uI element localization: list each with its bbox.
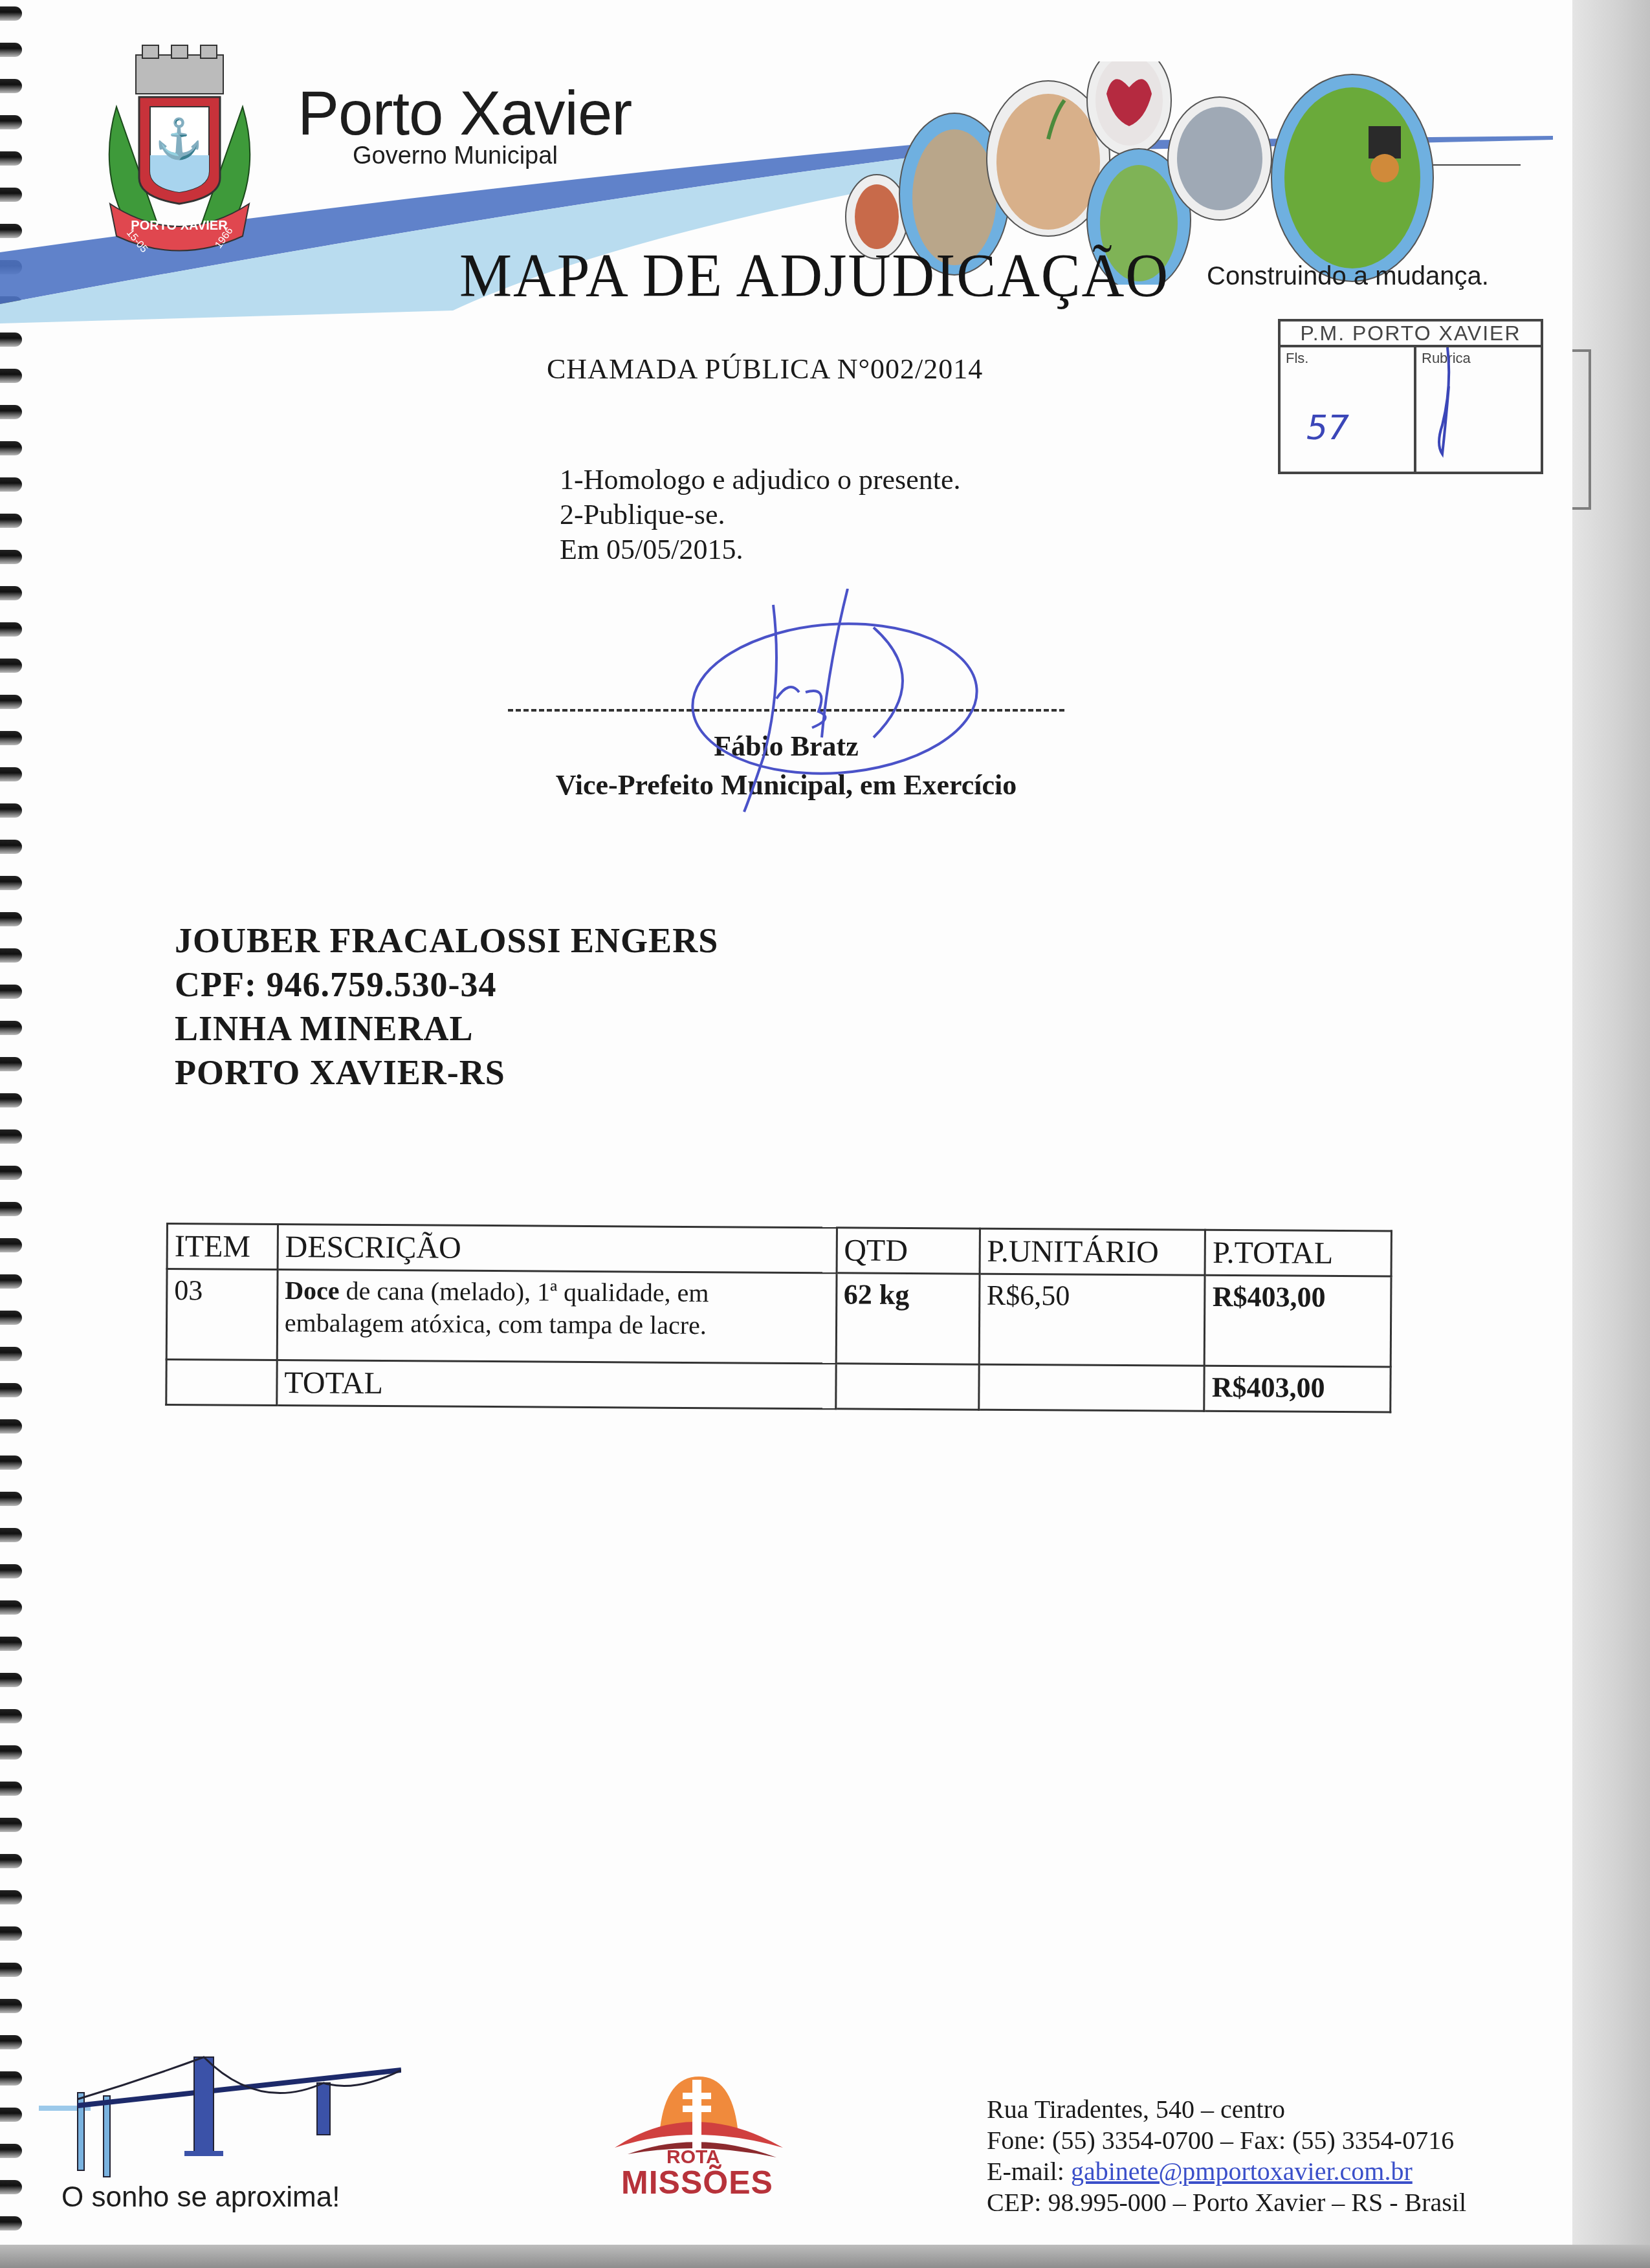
spiral-ring: [0, 1383, 22, 1397]
stamp-heading: P.M. PORTO XAVIER: [1281, 322, 1541, 347]
spiral-ring: [0, 1311, 22, 1325]
spiral-ring: [0, 1926, 22, 1941]
spiral-ring: [0, 622, 22, 637]
spiral-ring: [0, 477, 22, 492]
cell-total-price: R$403,00: [1205, 1275, 1391, 1367]
col-item: ITEM: [167, 1224, 278, 1270]
spiral-ring: [0, 2035, 22, 2049]
page-bottom-shadow: [0, 2245, 1650, 2268]
spiral-ring: [0, 1564, 22, 1578]
adjudication-table: ITEM DESCRIÇÃO QTD P.UNITÁRIO P.TOTAL 03…: [165, 1223, 1392, 1413]
total-value: R$403,00: [1204, 1366, 1391, 1412]
approval-line: Em 05/05/2015.: [560, 532, 961, 567]
handwritten-signature-icon: [660, 589, 984, 822]
spiral-ring: [0, 912, 22, 926]
spiral-ring: [0, 405, 22, 419]
svg-text:⚓: ⚓: [155, 116, 204, 161]
col-total-price: P.TOTAL: [1205, 1230, 1391, 1276]
brand-title: Porto Xavier: [298, 83, 632, 145]
spiral-ring: [0, 1093, 22, 1107]
email-label: E-mail:: [987, 2157, 1071, 2186]
description-rest: de cana (melado), 1ª qualidade, em embal…: [285, 1276, 709, 1340]
supplier-block: JOUBER FRACALOSSI ENGERS CPF: 946.759.53…: [175, 919, 718, 1095]
supplier-locality: LINHA MINERAL: [175, 1007, 718, 1051]
col-description: DESCRIÇÃO: [278, 1225, 837, 1273]
table-total-row: TOTAL R$403,00: [166, 1360, 1391, 1413]
spiral-ring: [0, 1274, 22, 1289]
cell-item: 03: [166, 1269, 278, 1360]
rubric-initial-icon: [1423, 347, 1475, 464]
tagline: Construindo a mudança.: [1207, 262, 1489, 291]
spiral-ring: [0, 1528, 22, 1542]
spiral-ring: [0, 1600, 22, 1615]
spiral-ring: [0, 1202, 22, 1216]
spiral-ring: [0, 2216, 22, 2230]
photo-hands-icon: [855, 184, 899, 249]
page-stamp: P.M. PORTO XAVIER Fls. 57 Rubrica: [1278, 319, 1543, 474]
spiral-ring: [0, 2071, 22, 2086]
col-unit-price: P.UNITÁRIO: [980, 1228, 1205, 1275]
missoes-label: MISSÕES: [621, 2164, 773, 2201]
municipal-crest-icon: ⚓ PORTO XAVIER 15-05 1966: [91, 42, 269, 262]
photo-ferry-icon: [1177, 107, 1262, 210]
crest-ribbon-text: PORTO XAVIER: [131, 219, 228, 233]
total-label: TOTAL: [277, 1360, 836, 1409]
stamp-folio-label: Fls.: [1286, 350, 1308, 366]
spiral-ring: [0, 1347, 22, 1361]
spiral-ring: [0, 985, 22, 999]
supplier-city: PORTO XAVIER-RS: [175, 1051, 718, 1095]
spiral-ring: [0, 1963, 22, 1977]
contact-address: Rua Tiradentes, 540 – centro Fone: (55) …: [987, 2094, 1466, 2218]
spiral-ring: [0, 2144, 22, 2158]
spiral-ring: [0, 803, 22, 818]
approval-line: 1-Homologo e adjudico o presente.: [560, 463, 961, 497]
cep-line: CEP: 98.995-000 – Porto Xavier – RS - Br…: [987, 2187, 1466, 2218]
spiral-ring: [0, 586, 22, 600]
spiral-ring: [0, 1238, 22, 1252]
spiral-ring: [0, 550, 22, 564]
underlying-page-edge: [1569, 0, 1650, 2268]
underlying-page-stamp: [1572, 349, 1591, 510]
spiral-ring: [0, 1166, 22, 1180]
spiral-ring: [0, 731, 22, 745]
spiral-ring: [0, 1999, 22, 2013]
spiral-ring: [0, 1492, 22, 1506]
spiral-ring: [0, 1745, 22, 1760]
spiral-ring: [0, 369, 22, 383]
address-line: Rua Tiradentes, 540 – centro: [987, 2094, 1466, 2125]
cell-empty: [978, 1364, 1204, 1411]
spiral-ring: [0, 1637, 22, 1651]
spiral-ring: [0, 43, 22, 57]
col-quantity: QTD: [837, 1228, 980, 1274]
stamp-folio-cell: Fls. 57: [1281, 347, 1416, 472]
photo-tractor-field-icon: [1284, 87, 1420, 268]
supplier-cpf: CPF: 946.759.530-34: [175, 963, 718, 1007]
spiral-ring: [0, 948, 22, 963]
spiral-ring: [0, 1456, 22, 1470]
spiral-ring: [0, 1854, 22, 1868]
cell-quantity: 62 kg: [836, 1273, 980, 1364]
spiral-ring: [0, 840, 22, 854]
brand-subtitle: Governo Municipal: [353, 144, 558, 168]
approval-line: 2-Publique-se.: [560, 497, 961, 532]
spiral-ring: [0, 1057, 22, 1071]
spiral-ring: [0, 333, 22, 347]
email-line: E-mail: gabinete@pmportoxavier.com.br: [987, 2156, 1466, 2187]
spiral-ring: [0, 441, 22, 455]
spiral-ring: [0, 876, 22, 890]
spiral-ring: [0, 1890, 22, 1904]
spiral-ring: [0, 2108, 22, 2122]
spiral-ring: [0, 2180, 22, 2194]
photo-seedling-icon: [996, 94, 1100, 230]
spiral-ring: [0, 695, 22, 709]
cell-description: Doce de cana (melado), 1ª qualidade, em …: [277, 1270, 836, 1364]
spiral-ring: [0, 79, 22, 93]
table-header-row: ITEM DESCRIÇÃO QTD P.UNITÁRIO P.TOTAL: [167, 1224, 1391, 1277]
spiral-ring: [0, 514, 22, 528]
document-title: MAPA DE ADJUDICAÇÃO: [459, 245, 1169, 307]
spiral-ring: [0, 6, 22, 21]
spiral-ring: [0, 1709, 22, 1723]
spiral-ring: [0, 659, 22, 673]
cell-empty: [166, 1360, 277, 1406]
suspension-bridge-icon: [39, 2054, 401, 2196]
stamp-rubric-cell: Rubrica: [1416, 347, 1541, 472]
description-bold: Doce: [285, 1276, 340, 1305]
email-link[interactable]: gabinete@pmportoxavier.com.br: [1071, 2157, 1413, 2186]
spiral-ring: [0, 1419, 22, 1434]
supplier-name: JOUBER FRACALOSSI ENGERS: [175, 919, 718, 963]
spiral-ring: [0, 1782, 22, 1796]
bridge-caption: O sonho se aproxima!: [61, 2181, 340, 2214]
spiral-ring: [0, 1129, 22, 1144]
spiral-ring: [0, 1818, 22, 1832]
cell-unit-price: R$6,50: [979, 1274, 1205, 1366]
table-row: 03 Doce de cana (melado), 1ª qualidade, …: [166, 1269, 1391, 1368]
phone-line: Fone: (55) 3354-0700 – Fax: (55) 3354-07…: [987, 2125, 1466, 2156]
spiral-binding: [0, 0, 26, 2268]
spiral-ring: [0, 1673, 22, 1687]
approval-text: 1-Homologo e adjudico o presente. 2-Publ…: [560, 463, 961, 567]
spiral-ring: [0, 767, 22, 781]
stamp-page-number: 57: [1306, 409, 1349, 448]
cell-empty: [835, 1364, 979, 1410]
public-call-title: CHAMADA PÚBLICA N°002/2014: [547, 353, 983, 386]
spiral-ring: [0, 1021, 22, 1035]
